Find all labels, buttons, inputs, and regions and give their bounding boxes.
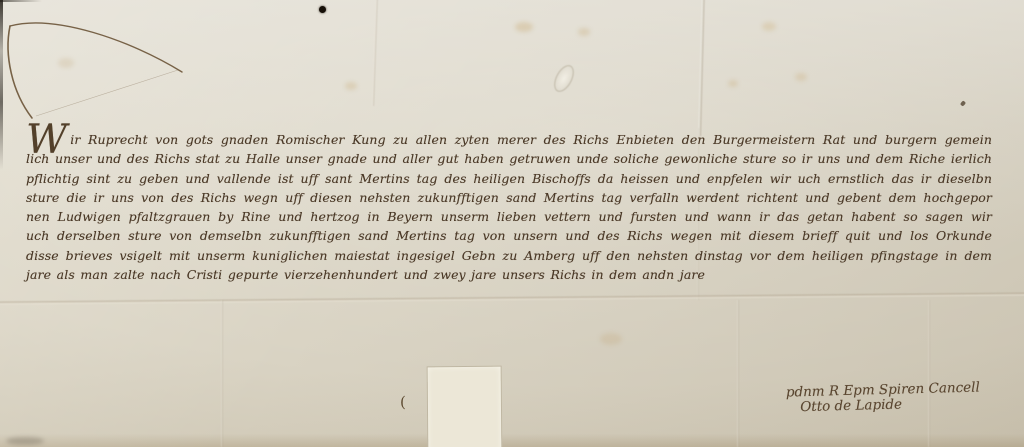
stain xyxy=(345,82,357,90)
fold-crease-vertical-top xyxy=(698,0,705,136)
fold-crease-bottom-2 xyxy=(737,300,739,447)
charter-line-6: uch derselben sture von demselbn zukunff… xyxy=(26,226,992,245)
fold-crease-horizontal xyxy=(0,292,1024,304)
charter-line-7: disse brieves vsigelt mit unserm kunigli… xyxy=(26,246,992,265)
chancery-note: pdnm R Epm Spiren Cancell Otto de Lapide xyxy=(786,379,981,415)
charter-photo: Wir Ruprecht von gots gnaden Romischer K… xyxy=(0,0,1024,447)
pinhole xyxy=(319,6,326,13)
fold-crease-vertical-left xyxy=(372,0,378,106)
charter-line-8: jare als man zalte nach Cristi gepurte v… xyxy=(26,265,992,284)
charter-line-1: Wir Ruprecht von gots gnaden Romischer K… xyxy=(26,130,992,149)
stain xyxy=(728,80,738,87)
pen-mark: ( xyxy=(400,393,406,411)
charter-text-block: Wir Ruprecht von gots gnaden Romischer K… xyxy=(26,130,992,284)
parchment-patch xyxy=(427,366,503,447)
stain xyxy=(600,333,622,345)
chancery-note-line-2: Otto de Lapide xyxy=(800,394,980,415)
charter-line-3: pflichtig sint zu geben und vallende ist… xyxy=(26,169,992,188)
embossed-blister-mark xyxy=(550,62,578,95)
stain xyxy=(795,73,807,81)
stain xyxy=(762,22,776,31)
charter-line-4: sture die ir uns von des Richs wegn uff … xyxy=(26,188,992,207)
stain xyxy=(578,28,590,36)
fold-crease-bottom-3 xyxy=(928,300,930,447)
stain xyxy=(515,22,533,32)
ink-speck xyxy=(960,100,966,106)
charter-line-5: nen Ludwigen pfaltzgrauen by Rine und he… xyxy=(26,207,992,226)
fold-crease-bottom-1 xyxy=(221,300,223,447)
charter-line-2: lich unser und des Richs stat zu Halle u… xyxy=(26,149,992,168)
smudge xyxy=(6,437,44,445)
